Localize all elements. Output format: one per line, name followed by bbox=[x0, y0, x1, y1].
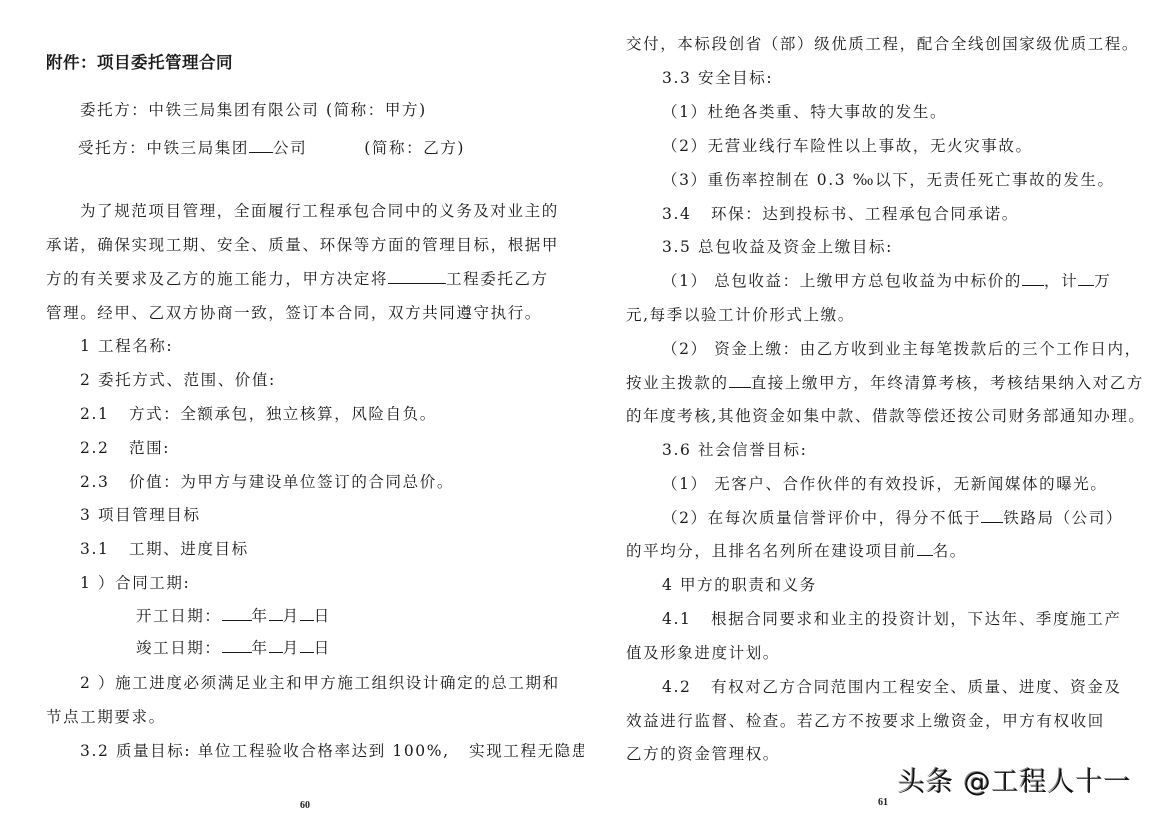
reputation-item-2: （2）在每次质量信誉评价中，得分不低于铁路局（公司） bbox=[662, 508, 1123, 528]
clause-3-3-safety: 3.3 安全目标: bbox=[662, 68, 773, 88]
document-page-left: 附件：项目委托管理合同 委托方：中铁三局集团有限公司 (简称：甲方) 受托方：中… bbox=[0, 0, 584, 818]
duty-4-2-cont-2: 乙方的资金管理权。 bbox=[626, 744, 780, 764]
clause-3-6-reputation: 3.6 社会信誉目标: bbox=[662, 440, 807, 460]
clause-2: 2 委托方式、范围、价值: bbox=[80, 370, 276, 390]
safety-item-3: （3）重伤率控制在 0.3 ‰以下，无责任死亡事故的发生。 bbox=[662, 170, 1115, 190]
safety-item-2: （2）无营业线行车险性以上事故，无火灾事故。 bbox=[662, 136, 1033, 156]
clause-1: 1 工程名称: bbox=[80, 336, 173, 356]
reputation-item-1: （1） 无客户、合作伙伴的有效投诉，无新闻媒体的曝光。 bbox=[662, 474, 1108, 494]
contract-period: 1 ）合同工期: bbox=[80, 573, 190, 593]
end-date-line: 竣工日期：年月日 bbox=[136, 638, 331, 658]
preamble-line-4: 管理。经甲、乙双方协商一致，签订本合同，双方共同遵守执行。 bbox=[46, 303, 542, 323]
revenue-item-1-cont: 元,每季以验工计价形式上缴。 bbox=[626, 305, 855, 325]
party-b-abbr: (简称：乙方) bbox=[364, 139, 465, 157]
blank-field bbox=[388, 269, 446, 284]
preamble-line-2: 承诺，确保实现工期、安全、质量、环保等方面的管理目标，根据甲 bbox=[46, 235, 559, 255]
party-a-abbr: (简称：甲方) bbox=[326, 101, 427, 119]
clause-2-3: 2.3 价值：为甲方与建设单位签订的合同总价。 bbox=[80, 472, 454, 492]
blank-field bbox=[249, 138, 273, 153]
revenue-item-1: （1） 总包收益：上缴甲方总包收益为中标价的，计万 bbox=[662, 271, 1111, 291]
quality-continuation: 交付，本标段创省（部）级优质工程，配合全线创国家级优质工程。 bbox=[626, 34, 1139, 54]
clause-3: 3 项目管理目标 bbox=[80, 505, 201, 525]
clause-2-1: 2.1 方式：全额承包，独立核算，风险自负。 bbox=[80, 404, 437, 424]
document-page-right: 交付，本标段创省（部）级优质工程，配合全线创国家级优质工程。 3.3 安全目标:… bbox=[584, 0, 1168, 818]
clause-2-2: 2.2 范围: bbox=[80, 438, 170, 458]
party-b-line: 受托方：中铁三局集团公司 (简称：乙方) bbox=[78, 138, 465, 158]
start-date-line: 开工日期：年月日 bbox=[136, 606, 331, 626]
duty-4-1: 4.1 根据合同要求和业主的投资计划，下达年、季度施工产 bbox=[662, 609, 1121, 629]
reputation-item-2-cont: 的平均分，且排名名列所在建设项目前名。 bbox=[626, 541, 967, 561]
safety-item-1: （1）杜绝各类重、特大事故的发生。 bbox=[662, 102, 947, 122]
clause-4-duties: 4 甲方的职责和义务 bbox=[662, 575, 817, 595]
clause-3-1: 3.1 工期、进度目标 bbox=[80, 539, 249, 559]
page-number: 61 bbox=[878, 797, 888, 808]
preamble-line-3: 方的有关要求及乙方的施工能力，甲方决定将工程委托乙方 bbox=[46, 269, 549, 289]
schedule-requirement-line-1: 2 ）施工进度必须满足业主和甲方施工组织设计确定的总工期和 bbox=[80, 673, 560, 693]
party-b-name: 受托方：中铁三局集团 bbox=[78, 139, 249, 157]
page-number: 60 bbox=[300, 800, 310, 811]
document-title: 附件：项目委托管理合同 bbox=[46, 53, 233, 73]
revenue-item-2-cont-2: 的年度考核,其他资金如集中款、借款等偿还按公司财务部通知办理。 bbox=[626, 406, 1146, 426]
clause-3-5-revenue: 3.5 总包收益及资金上缴目标: bbox=[662, 237, 893, 257]
revenue-item-2: （2） 资金上缴：由乙方收到业主每笔拨款后的三个工作日内， bbox=[662, 339, 1142, 359]
schedule-requirement-line-2: 节点工期要求。 bbox=[46, 707, 166, 727]
revenue-item-2-cont-1: 按业主拨款的直接上缴甲方，年终清算考核，考核结果纳入对乙方 bbox=[626, 373, 1144, 393]
duty-4-2-cont-1: 效益进行监督、检查。若乙方不按要求上缴资金，甲方有权收回 bbox=[626, 711, 1105, 731]
watermark: 头条 @工程人十一 bbox=[898, 760, 1132, 799]
duty-4-2: 4.2 有权对乙方合同范围内工程安全、质量、进度、资金及 bbox=[662, 677, 1121, 697]
preamble-line-1: 为了规范项目管理，全面履行工程承包合同中的义务及对业主的 bbox=[80, 201, 559, 221]
party-b-suffix: 公司 bbox=[273, 139, 307, 157]
clause-3-4-environment: 3.4 环保：达到投标书、工程承包合同承诺。 bbox=[662, 204, 1019, 224]
party-a-line: 委托方：中铁三局集团有限公司 (简称：甲方) bbox=[80, 100, 427, 120]
duty-4-1-cont: 值及形象进度计划。 bbox=[626, 643, 780, 663]
clause-3-2-quality: 3.2 质量目标: 单位工程验收合格率达到 100%, 实现工程无隐患 bbox=[80, 741, 589, 761]
party-a-name: 委托方：中铁三局集团有限公司 bbox=[80, 101, 319, 119]
